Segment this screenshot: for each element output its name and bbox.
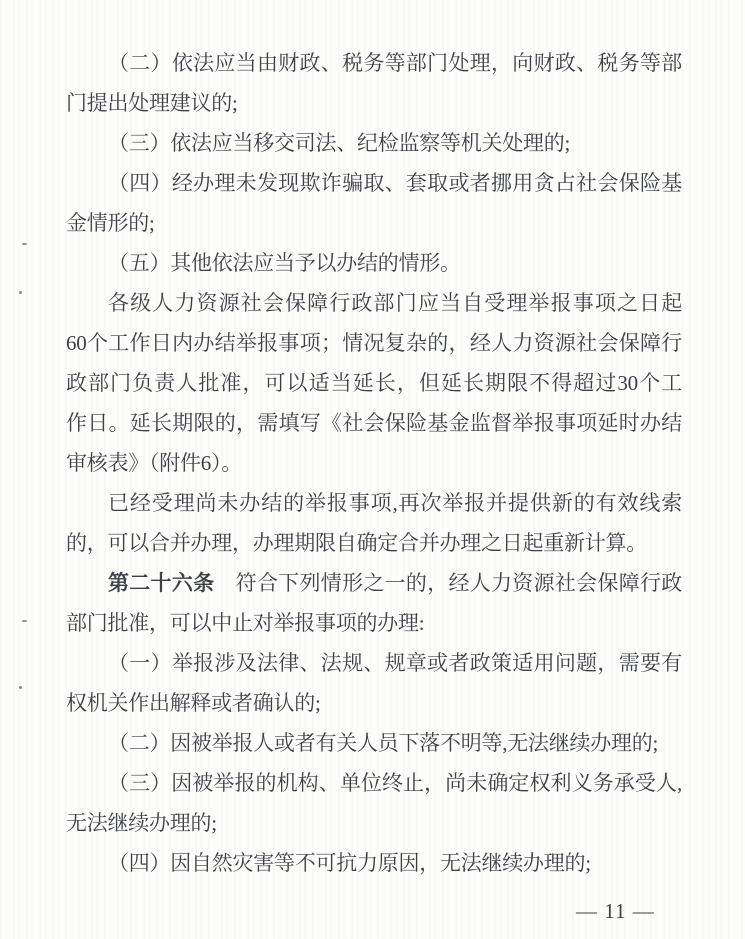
page-number: — 11 — [576, 899, 655, 923]
article-text-span: 符合下列情形之一的，经人力资源社会保障行政 [214, 571, 682, 595]
text-line: 门提出处理建议的; [66, 83, 682, 123]
page-footer: — 11 — [576, 894, 655, 928]
text-line: 的，可以合并办理，办理期限自确定合并办理之日起重新计算。 [66, 523, 682, 563]
text-line: 金情形的; [66, 203, 682, 243]
text-line: 第二十六条 符合下列情形之一的，经人力资源社会保障行政 [66, 563, 682, 603]
text-line: （一）举报涉及法律、法规、规章或者政策适用问题，需要有 [66, 643, 682, 683]
text-line: 部门批准，可以中止对举报事项的办理: [66, 603, 682, 643]
text-line: （三）因被举报的机构、单位终止，尚未确定权利义务承受人, [66, 763, 682, 803]
document-page: （二）依法应当由财政、税务等部门处理，向财政、税务等部 门提出处理建议的; （三… [0, 0, 745, 939]
text-line: （四）经办理未发现欺诈骗取、套取或者挪用贪占社会保险基 [66, 163, 682, 203]
article-number-label: 第二十六条 [108, 571, 214, 595]
text-line: （二）因被举报人或者有关人员下落不明等,无法继续办理的; [66, 723, 682, 763]
text-line: 60个工作日内办结举报事项；情况复杂的，经人力资源社会保障行 [66, 323, 682, 363]
text-line: 权机关作出解释或者确认的; [66, 683, 682, 723]
text-line: 作日。延长期限的，需填写《社会保险基金监督举报事项延时办结 [66, 403, 682, 443]
text-line: 已经受理尚未办结的举报事项,再次举报并提供新的有效线索 [66, 483, 682, 523]
text-line: 各级人力资源社会保障行政部门应当自受理举报事项之日起 [66, 283, 682, 323]
text-line: （五）其他依法应当予以办结的情形。 [66, 243, 682, 283]
text-line: （三）依法应当移交司法、纪检监察等机关处理的; [66, 123, 682, 163]
scan-speck [19, 291, 22, 294]
text-line: （四）因自然灾害等不可抗力原因，无法继续办理的; [66, 843, 682, 883]
scan-speck [19, 686, 22, 689]
text-line: （二）依法应当由财政、税务等部门处理，向财政、税务等部 [66, 43, 682, 83]
text-line: 政部门负责人批准，可以适当延长，但延长期限不得超过30个工 [66, 363, 682, 403]
document-body: （二）依法应当由财政、税务等部门处理，向财政、税务等部 门提出处理建议的; （三… [66, 43, 682, 883]
text-line: 无法继续办理的; [66, 803, 682, 843]
text-line: 审核表》（附件6）。 [66, 443, 682, 483]
scan-speck [22, 243, 27, 245]
scan-speck [22, 620, 27, 622]
